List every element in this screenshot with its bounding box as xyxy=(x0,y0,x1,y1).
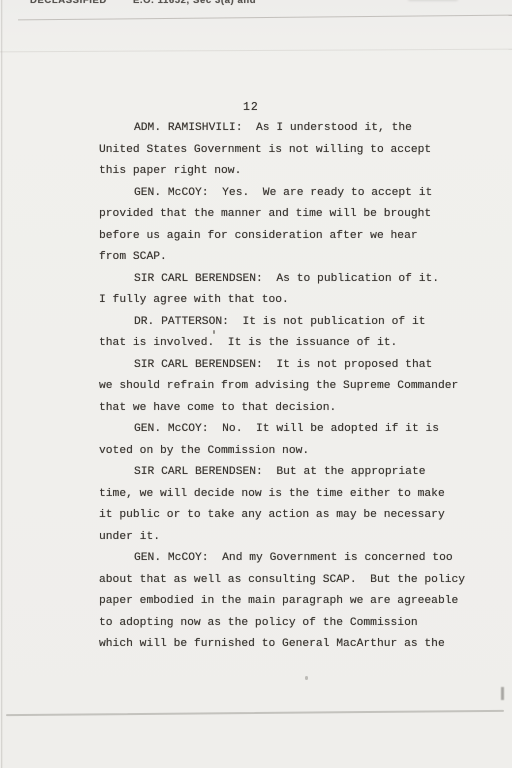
scanned-page: DECLASSIFIED E.O. 11652, Sec 3(a) and 12… xyxy=(0,0,512,768)
scan-edge-mark xyxy=(501,687,504,700)
declassified-stamp: DECLASSIFIED xyxy=(30,0,107,6)
scan-artifact-line xyxy=(0,49,512,53)
declassification-authority: E.O. 11652, Sec 3(a) and xyxy=(133,0,256,6)
page-number: 12 xyxy=(243,101,259,114)
text-line: before us again for consideration after … xyxy=(99,226,499,248)
text-line: this paper right now. xyxy=(99,161,499,183)
scan-artifact-line xyxy=(18,15,512,21)
text-line: SIR CARL BERENDSEN: It is not proposed t… xyxy=(99,355,499,377)
scan-artifact-line xyxy=(6,710,504,716)
text-line: provided that the manner and time will b… xyxy=(99,204,499,226)
text-line: time, we will decide now is the time eit… xyxy=(99,484,499,506)
text-line: GEN. McCOY: And my Government is concern… xyxy=(99,548,499,570)
scan-edge-shadow xyxy=(1,0,3,768)
text-line: we should refrain from advising the Supr… xyxy=(99,376,499,398)
text-line: I fully agree with that too. xyxy=(99,290,499,312)
text-line: SIR CARL BERENDSEN: But at the appropria… xyxy=(99,462,499,484)
text-line: about that as well as consulting SCAP. B… xyxy=(99,570,499,592)
text-line: to adopting now as the policy of the Com… xyxy=(99,613,499,635)
text-line: it public or to take any action as may b… xyxy=(99,505,499,527)
declassification-stamp-row: DECLASSIFIED E.O. 11652, Sec 3(a) and xyxy=(0,0,512,7)
stamp-ghost-mark xyxy=(408,0,458,1)
text-line: SIR CARL BERENDSEN: As to publication of… xyxy=(99,269,499,291)
text-line: that we have come to that decision. xyxy=(99,398,499,420)
transcript-body: ADM. RAMISHVILI: As I understood it, the… xyxy=(99,118,499,656)
text-line: that is involved. It is the issuance of … xyxy=(99,333,499,355)
text-line: which will be furnished to General MacAr… xyxy=(99,634,499,656)
text-line: ADM. RAMISHVILI: As I understood it, the xyxy=(99,118,499,140)
text-line: from SCAP. xyxy=(99,247,499,269)
text-line: under it. xyxy=(99,527,499,549)
text-line: DR. PATTERSON: It is not publication of … xyxy=(99,312,499,334)
text-line: GEN. McCOY: Yes. We are ready to accept … xyxy=(99,183,499,205)
text-line: United States Government is not willing … xyxy=(99,140,499,162)
text-line: paper embodied in the main paragraph we … xyxy=(99,591,499,613)
text-line: GEN. McCOY: No. It will be adopted if it… xyxy=(99,419,499,441)
text-line: voted on by the Commission now. xyxy=(99,441,499,463)
scan-speck xyxy=(305,676,308,680)
